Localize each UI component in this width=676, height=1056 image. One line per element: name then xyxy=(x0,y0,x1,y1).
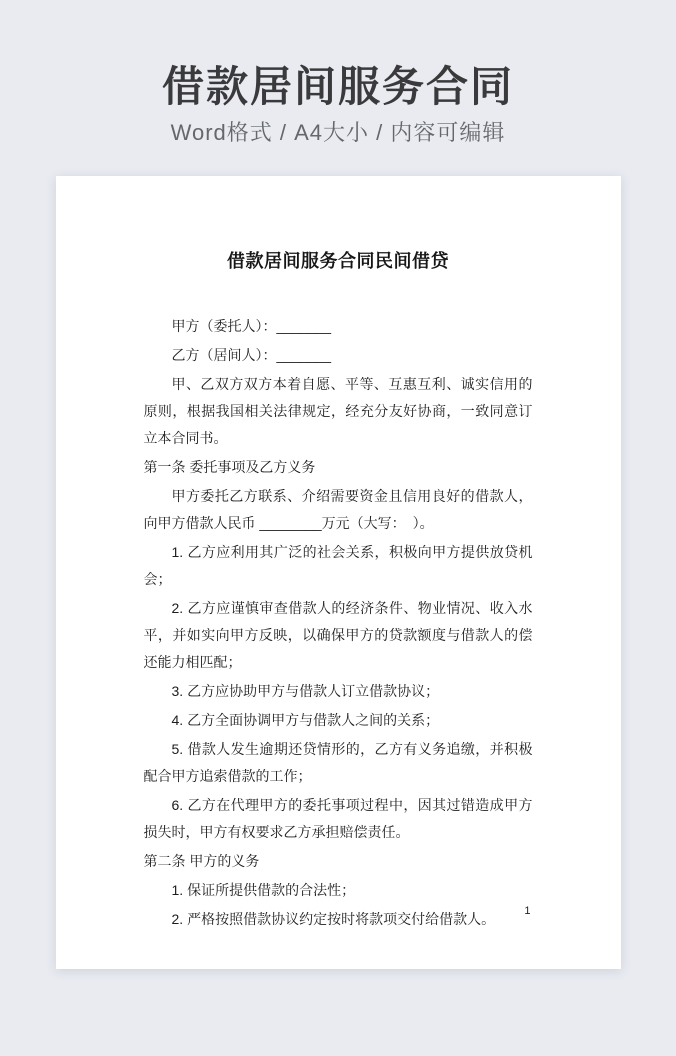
article-1-item-5: 5. 借款人发生逾期还贷情形的，乙方有义务追缴，并积极配合甲方追索借款的工作； xyxy=(144,736,533,790)
article-1-item-2: 2. 乙方应谨慎审查借款人的经济条件、物业情况、收入水平，并如实向甲方反映，以确… xyxy=(144,595,533,676)
template-preview-page: 借款居间服务合同 Word格式 / A4大小 / 内容可编辑 借款居间服务合同民… xyxy=(0,0,676,969)
article-2-heading: 第二条 甲方的义务 xyxy=(144,848,533,875)
page-subtitle: Word格式 / A4大小 / 内容可编辑 xyxy=(0,121,676,145)
document-page: 借款居间服务合同民间借贷 甲方（委托人）：_______ 乙方（居间人）：___… xyxy=(56,176,621,969)
header: 借款居间服务合同 Word格式 / A4大小 / 内容可编辑 xyxy=(0,0,676,145)
article-1-heading: 第一条 委托事项及乙方义务 xyxy=(144,454,533,481)
article-2-item-1: 1. 保证所提供借款的合法性； xyxy=(144,877,533,904)
document-heading: 借款居间服务合同民间借贷 xyxy=(144,248,533,275)
preamble-paragraph: 甲、乙双方双方本着自愿、平等、互惠互利、诚实信用的原则，根据我国相关法律规定，经… xyxy=(144,371,533,452)
party-b-line: 乙方（居间人）：_______ xyxy=(144,342,533,369)
party-a-line: 甲方（委托人）：_______ xyxy=(144,313,533,340)
article-2-item-2: 2. 严格按照借款协议约定按时将款项交付给借款人。 xyxy=(144,906,533,933)
page-number: 1 xyxy=(524,905,530,917)
article-1-item-6: 6. 乙方在代理甲方的委托事项过程中，因其过错造成甲方损失时，甲方有权要求乙方承… xyxy=(144,792,533,846)
article-1-item-4: 4. 乙方全面协调甲方与借款人之间的关系； xyxy=(144,707,533,734)
page-title: 借款居间服务合同 xyxy=(0,64,676,110)
article-1-item-1: 1. 乙方应利用其广泛的社会关系，积极向甲方提供放贷机会； xyxy=(144,539,533,593)
article-1-item-3: 3. 乙方应协助甲方与借款人订立借款协议； xyxy=(144,678,533,705)
entrust-paragraph: 甲方委托乙方联系、介绍需要资金且信用良好的借款人，向甲方借款人民币 ______… xyxy=(144,483,533,537)
